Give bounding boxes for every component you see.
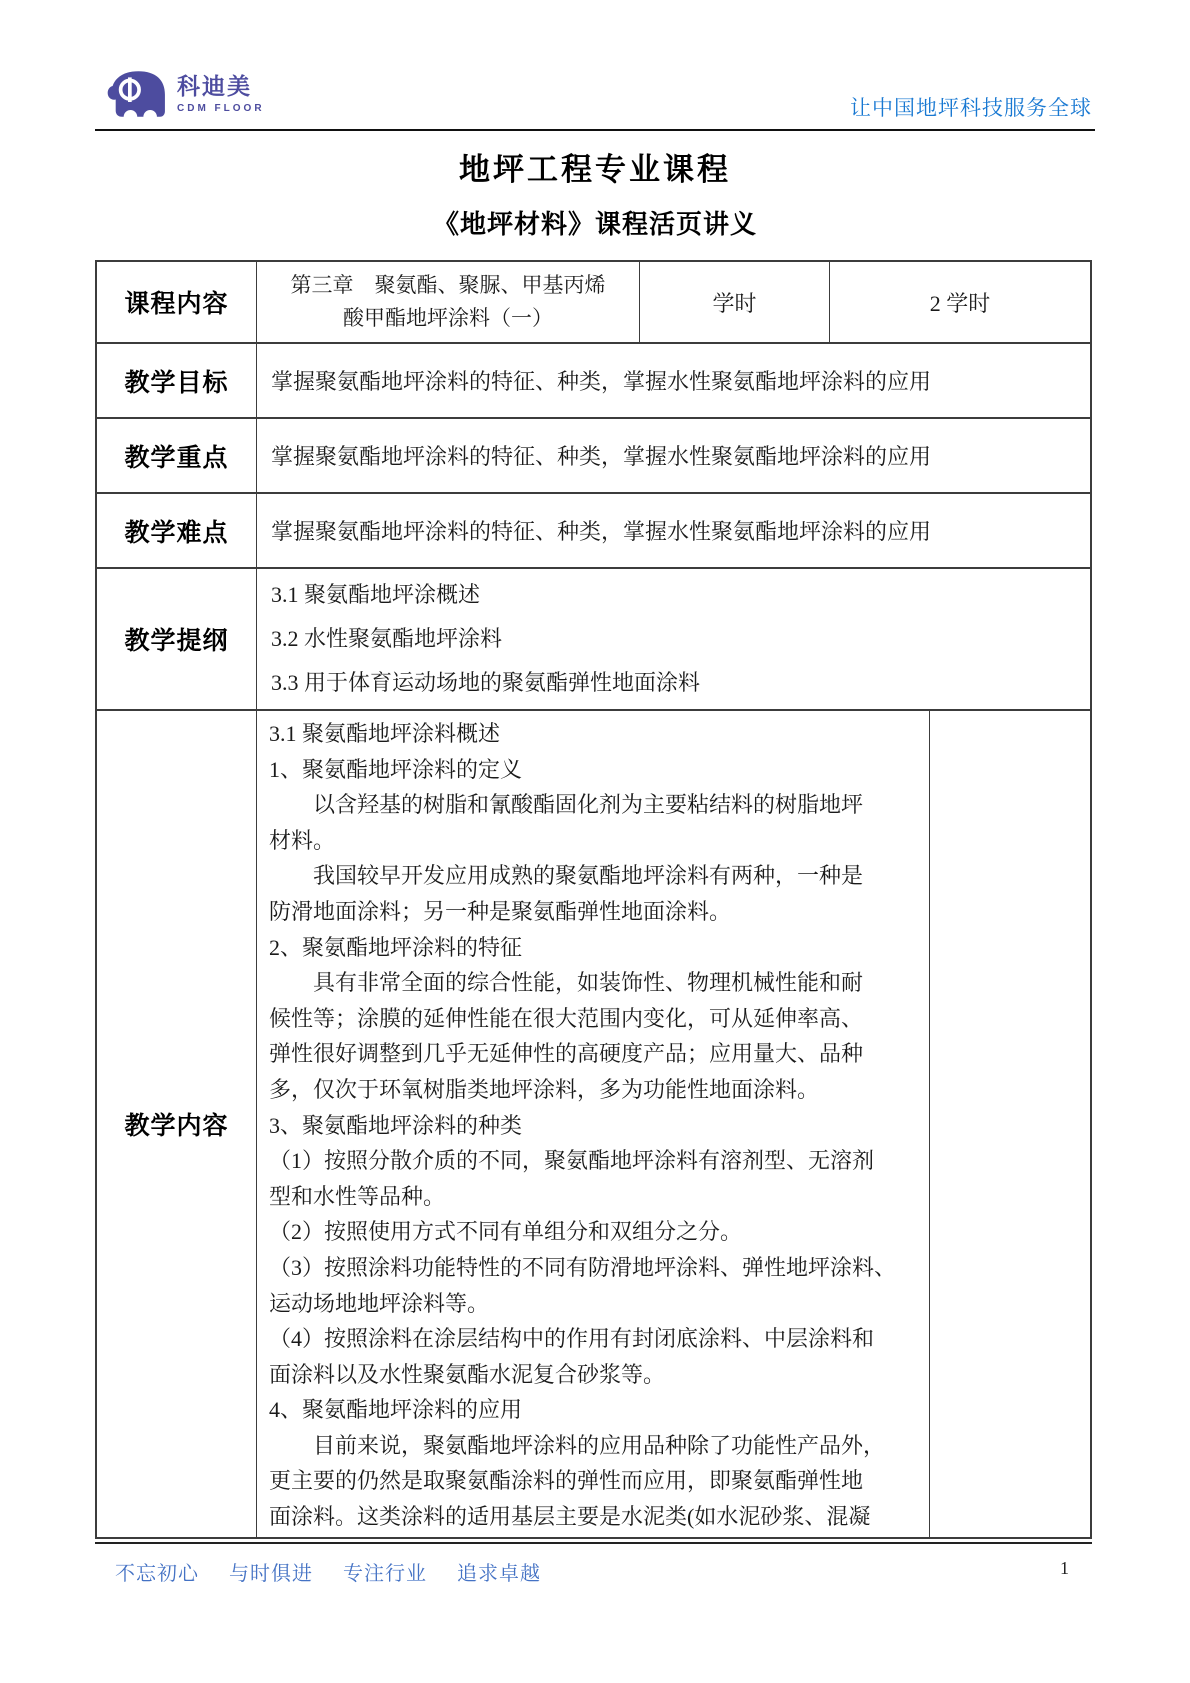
lesson-plan-table: 课程内容 第三章 聚氨酯、聚脲、甲基丙烯 酸甲酯地坪涂料（一） 学时 2 学时 … xyxy=(95,260,1092,1539)
text-line: 3.3 用于体育运动场地的聚氨酯弹性地面涂料 xyxy=(271,661,1090,705)
text-line: 追求卓越 xyxy=(457,1557,541,1586)
table-row-content: 教学内容 3.1 聚氨酯地坪涂料概述1、聚氨酯地坪涂料的定义 以含羟基的树脂和氰… xyxy=(97,711,1090,1537)
text-line: 目前来说，聚氨酯地坪涂料的应用品种除了功能性产品外， xyxy=(269,1428,921,1464)
teaching-content-label: 教学内容 xyxy=(97,711,257,1537)
text-line: 不忘初心 xyxy=(115,1557,199,1586)
document-page: 科迪美 CDM FLOOR 让中国地坪科技服务全球 地坪工程专业课程 《地坪材料… xyxy=(0,0,1190,1683)
text-line: 多，仅次于环氧树脂类地坪涂料，多为功能性地面涂料。 xyxy=(269,1072,921,1108)
text-line: 1、聚氨酯地坪涂料的定义 xyxy=(269,752,921,788)
document-title: 地坪工程专业课程 xyxy=(0,144,1190,189)
text-line: 3.1 聚氨酯地坪涂概述 xyxy=(271,573,1090,617)
document-subtitle: 《地坪材料》课程活页讲义 xyxy=(0,204,1190,241)
text-line: 4、聚氨酯地坪涂料的应用 xyxy=(269,1392,921,1428)
teaching-focus-label: 教学重点 xyxy=(97,419,257,492)
text-line: 面涂料。这类涂料的适用基层主要是水泥类(如水泥砂浆、混凝 xyxy=(269,1499,921,1535)
text-line: 候性等；涂膜的延伸性能在很大范围内变化，可从延伸率高、 xyxy=(269,1001,921,1037)
text-line: 以含羟基的树脂和氰酸酯固化剂为主要粘结料的树脂地坪 xyxy=(269,787,921,823)
table-row-difficulty: 教学难点 掌握聚氨酯地坪涂料的特征、种类，掌握水性聚氨酯地坪涂料的应用 xyxy=(97,494,1090,569)
text-line: （1）按照分散介质的不同，聚氨酯地坪涂料有溶剂型、无溶剂 xyxy=(269,1143,921,1179)
text-line: 材料。 xyxy=(269,823,921,859)
table-row-course: 课程内容 第三章 聚氨酯、聚脲、甲基丙烯 酸甲酯地坪涂料（一） 学时 2 学时 xyxy=(97,262,1090,344)
teaching-outline-label: 教学提纲 xyxy=(97,569,257,709)
notes-column xyxy=(930,711,1090,1537)
brand-name-chinese: 科迪美 xyxy=(177,75,265,98)
table-row-focus: 教学重点 掌握聚氨酯地坪涂料的特征、种类，掌握水性聚氨酯地坪涂料的应用 xyxy=(97,419,1090,494)
teaching-content-text: 3.1 聚氨酯地坪涂料概述1、聚氨酯地坪涂料的定义 以含羟基的树脂和氰酸酯固化剂… xyxy=(257,711,930,1537)
company-logo: 科迪美 CDM FLOOR xyxy=(105,70,265,118)
text-line: 具有非常全面的综合性能，如装饰性、物理机械性能和耐 xyxy=(269,965,921,1001)
text-line: 3.2 水性聚氨酯地坪涂料 xyxy=(271,617,1090,661)
teaching-difficulty-text: 掌握聚氨酯地坪涂料的特征、种类，掌握水性聚氨酯地坪涂料的应用 xyxy=(257,494,1090,567)
text-line: 3.1 聚氨酯地坪涂料概述 xyxy=(269,716,921,752)
text-line: 更主要的仍然是取聚氨酯涂料的弹性而应用，即聚氨酯弹性地 xyxy=(269,1463,921,1499)
footer-motto: 不忘初心与时俱进专注行业追求卓越 xyxy=(115,1557,541,1586)
text-line: 2、聚氨酯地坪涂料的特征 xyxy=(269,930,921,966)
text-line: 我国较早开发应用成熟的聚氨酯地坪涂料有两种，一种是 xyxy=(269,858,921,894)
teaching-outline-list: 3.1 聚氨酯地坪涂概述3.2 水性聚氨酯地坪涂料3.3 用于体育运动场地的聚氨… xyxy=(257,569,1090,709)
teaching-difficulty-label: 教学难点 xyxy=(97,494,257,567)
teaching-objective-text: 掌握聚氨酯地坪涂料的特征、种类，掌握水性聚氨酯地坪涂料的应用 xyxy=(257,344,1090,417)
text-line: 型和水性等品种。 xyxy=(269,1179,921,1215)
text-line: 弹性很好调整到几乎无延伸性的高硬度产品；应用量大、品种 xyxy=(269,1036,921,1072)
table-row-outline: 教学提纲 3.1 聚氨酯地坪涂概述3.2 水性聚氨酯地坪涂料3.3 用于体育运动… xyxy=(97,569,1090,711)
footer-divider xyxy=(95,1542,1092,1544)
text-line: （3）按照涂料功能特性的不同有防滑地坪涂料、弹性地坪涂料、 xyxy=(269,1250,921,1286)
course-content-label: 课程内容 xyxy=(97,262,257,342)
text-line: （4）按照涂料在涂层结构中的作用有封闭底涂料、中层涂料和 xyxy=(269,1321,921,1357)
brand-name-english: CDM FLOOR xyxy=(177,104,265,114)
text-line: 与时俱进 xyxy=(229,1557,313,1586)
hours-value: 2 学时 xyxy=(830,262,1090,342)
text-line: 防滑地面涂料；另一种是聚氨酯弹性地面涂料。 xyxy=(269,894,921,930)
teaching-objective-label: 教学目标 xyxy=(97,344,257,417)
chapter-title-line1: 第三章 聚氨酯、聚脲、甲基丙烯 xyxy=(291,269,606,302)
text-line: 面涂料以及水性聚氨酯水泥复合砂浆等。 xyxy=(269,1357,921,1393)
table-row-objective: 教学目标 掌握聚氨酯地坪涂料的特征、种类，掌握水性聚氨酯地坪涂料的应用 xyxy=(97,344,1090,419)
page-number: 1 xyxy=(1060,1558,1069,1579)
text-line: 专注行业 xyxy=(343,1557,427,1586)
elephant-logo-icon xyxy=(105,70,167,118)
chapter-title-line2: 酸甲酯地坪涂料（一） xyxy=(343,302,553,335)
teaching-focus-text: 掌握聚氨酯地坪涂料的特征、种类，掌握水性聚氨酯地坪涂料的应用 xyxy=(257,419,1090,492)
header-divider xyxy=(95,129,1095,131)
text-line: 3、聚氨酯地坪涂料的种类 xyxy=(269,1108,921,1144)
header-slogan: 让中国地坪科技服务全球 xyxy=(850,92,1092,122)
text-line: 运动场地地坪涂料等。 xyxy=(269,1286,921,1322)
hours-label: 学时 xyxy=(640,262,830,342)
chapter-title-cell: 第三章 聚氨酯、聚脲、甲基丙烯 酸甲酯地坪涂料（一） xyxy=(257,262,640,342)
text-line: （2）按照使用方式不同有单组分和双组分之分。 xyxy=(269,1214,921,1250)
